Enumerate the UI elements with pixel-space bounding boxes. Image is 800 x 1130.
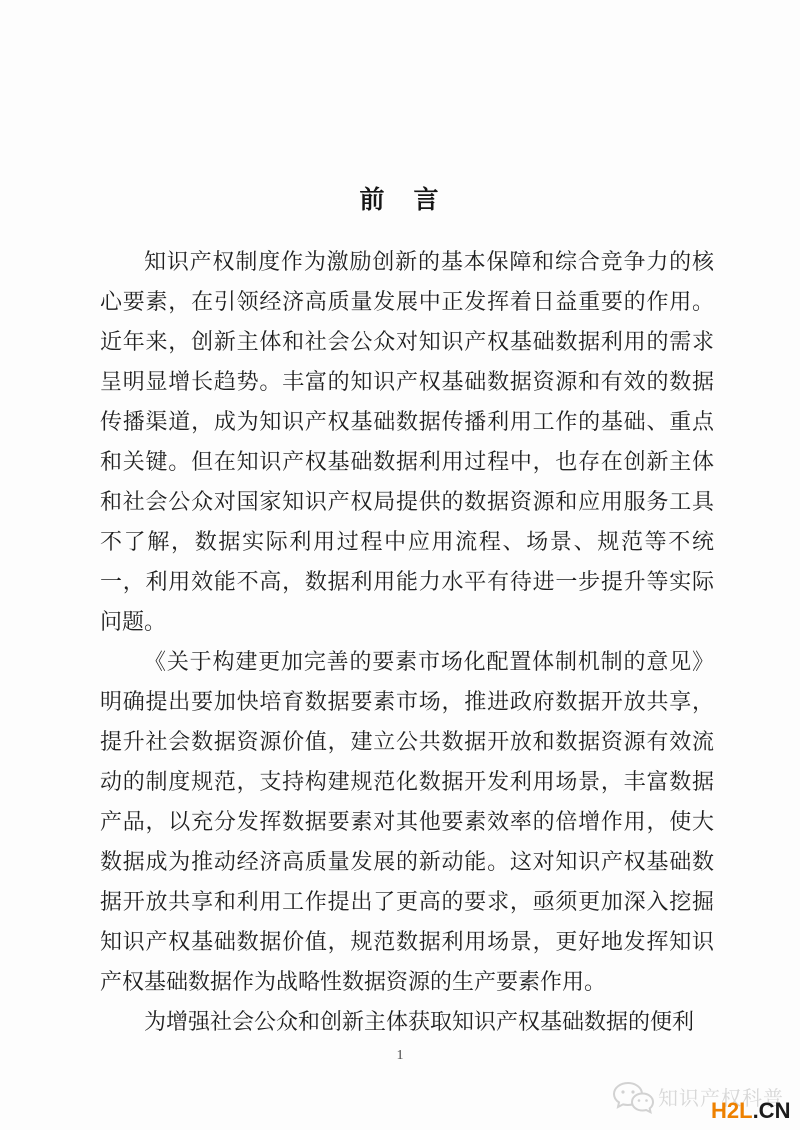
wechat-logo-icon bbox=[612, 1081, 654, 1115]
watermark-site-brand: H2L.CN bbox=[711, 1098, 790, 1124]
page-title: 前 言 bbox=[0, 180, 800, 216]
watermark: 知识产权科普 H2L.CN bbox=[610, 1078, 795, 1126]
page-number: 1 bbox=[0, 1048, 800, 1064]
paragraph-2: 《关于构建更加完善的要素市场化配置体制机制的意见》明确提出要加快培育数据要素市场… bbox=[100, 642, 714, 1002]
paragraph-1: 知识产权制度作为激励创新的基本保障和综合竞争力的核心要素，在引领经济高质量发展中… bbox=[100, 242, 714, 642]
document-page: 前 言 知识产权制度作为激励创新的基本保障和综合竞争力的核心要素，在引领经济高质… bbox=[0, 0, 800, 1130]
brand-h2l: H2L bbox=[711, 1098, 753, 1123]
paragraph-3: 为增强社会公众和创新主体获取知识产权基础数据的便利 bbox=[100, 1002, 714, 1042]
brand-cn-suffix: .CN bbox=[753, 1098, 791, 1123]
document-body: 知识产权制度作为激励创新的基本保障和综合竞争力的核心要素，在引领经济高质量发展中… bbox=[100, 242, 714, 1042]
